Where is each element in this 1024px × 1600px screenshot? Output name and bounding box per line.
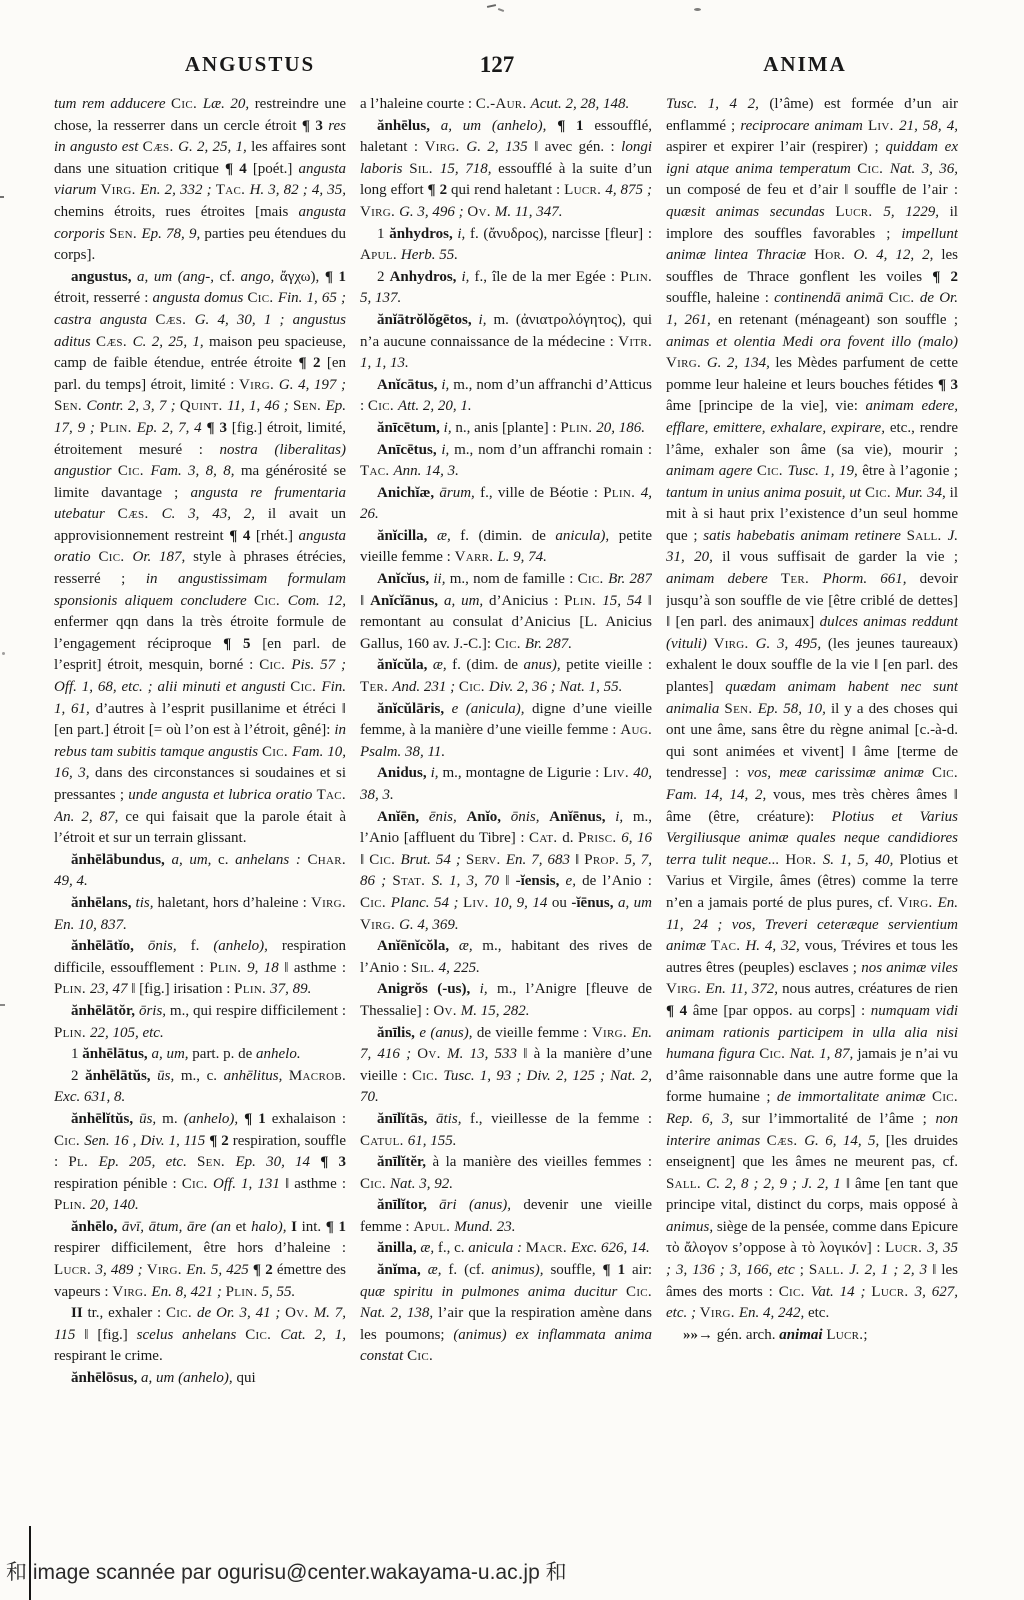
dictionary-paragraph: ănĭcŭla, æ, f. (dim. de anus), petite vi… [360,655,652,698]
dictionary-paragraph: 1 ănhēlātus, a, um, part. p. de anhelo. [54,1044,346,1066]
scan-artifact-speck [2,652,5,655]
dictionary-paragraph: Anĭcātus, i, m., nom d’un affranchi d’At… [360,375,652,418]
dictionary-paragraph: ănīlĭtās, ātis, f., vieillesse de la fem… [360,1109,652,1152]
dictionary-paragraph: Anĭēnĭcŏla, æ, m., habitant des rives de… [360,936,652,979]
header-guide-word-right: ANIMA [700,52,910,77]
page-header: ANGUSTUS 127 ANIMA [0,52,1024,86]
scan-artifact-speck [694,8,701,11]
text-columns: tum rem adducere Cic. Læ. 20, restreindr… [54,94,958,1560]
dictionary-paragraph: ănĭma, æ, f. (cf. animus), souffle, ¶ 1 … [360,1260,652,1368]
header-guide-word-left: ANGUSTUS [140,52,360,77]
scan-artifact-line [29,1526,31,1600]
dictionary-paragraph: ănhēlābundus, a, um, c. anhelans : Char.… [54,850,346,893]
dictionary-paragraph: »»→ gén. arch. animai Lucr.; [666,1325,958,1347]
scan-artifact-speck [487,4,496,8]
scan-artifact-speck [498,8,504,12]
dictionary-column-2: a l’haleine courte : C.-Aur. Acut. 2, 28… [360,94,652,1560]
dictionary-column-3: Tusc. 1, 4 2, (l’âme) est formée d’un ai… [666,94,958,1560]
dictionary-paragraph: ănīlĭtor, āri (anus), devenir une vieill… [360,1195,652,1238]
dictionary-paragraph: Anīcētus, i, m., nom d’un affranchi roma… [360,440,652,483]
dictionary-paragraph: ănilla, æ, f., c. anicula : Macr. Exc. 6… [360,1238,652,1260]
dictionary-paragraph: Anichĭæ, ārum, f., ville de Béotie : Pli… [360,483,652,526]
dictionary-paragraph: ănhēlōsus, a, um (anhelo), qui [54,1368,346,1390]
page-number: 127 [452,52,542,78]
dictionary-column-1: tum rem adducere Cic. Læ. 20, restreindr… [54,94,346,1560]
dictionary-paragraph: Anĭēn, ēnis, Anĭo, ōnis, Anĭēnus, i, m.,… [360,807,652,937]
dictionary-paragraph: Anidus, i, m., montagne de Ligurie : Liv… [360,763,652,806]
dictionary-paragraph: Anigrŏs (-us), i, m., l’Anigre [fleuve d… [360,979,652,1022]
dictionary-paragraph: ănĭcilla, æ, f. (dimin. de anicula), pet… [360,526,652,569]
dictionary-paragraph: ănīlis, e (anus), de vieille femme : Vir… [360,1023,652,1109]
dictionary-paragraph: ănhēlātŏr, ōris, m., qui respire diffici… [54,1001,346,1044]
dictionary-paragraph: Tusc. 1, 4 2, (l’âme) est formée d’un ai… [666,94,958,1325]
scan-credit-footer: 和 image scannée par ogurisu@center.wakay… [6,1556,906,1586]
dictionary-paragraph: angustus, a, um (ang-, cf. ango, ἄγχω), … [54,267,346,850]
dictionary-paragraph: ănīcētum, i, n., anis [plante] : Plin. 2… [360,418,652,440]
dictionary-paragraph: ănhēlus, a, um (anhelo), ¶ 1 essoufflé, … [360,116,652,224]
scan-artifact-speck [0,196,4,198]
dictionary-paragraph: Anĭcĭus, ii, m., nom de famille : Cic. B… [360,569,652,655]
dictionary-paragraph: a l’haleine courte : C.-Aur. Acut. 2, 28… [360,94,652,116]
dictionary-paragraph: ănhēlātĭo, ōnis, f. (anhelo), respiratio… [54,936,346,1001]
dictionary-paragraph: 2 Anhydros, i, f., île de la mer Egée : … [360,267,652,310]
dictionary-paragraph: ănhēlo, āvī, ātum, āre (an et halo), I i… [54,1217,346,1303]
scanned-dictionary-page: ANGUSTUS 127 ANIMA tum rem adducere Cic.… [0,0,1024,1600]
dictionary-paragraph: ănhēlans, tis, haletant, hors d’haleine … [54,893,346,936]
dictionary-paragraph: 2 ănhēlātŭs, ūs, m., c. anhēlitus, Macro… [54,1066,346,1109]
dictionary-paragraph: 1 ănhydros, i, f. (ἄνυδρος), narcisse [f… [360,224,652,267]
dictionary-paragraph: II tr., exhaler : Cic. de Or. 3, 41 ; Ov… [54,1303,346,1368]
dictionary-paragraph: ănhēlĭtŭs, ūs, m. (anhelo), ¶ 1 exhalais… [54,1109,346,1217]
dictionary-paragraph: ănĭcŭlāris, e (anicula), digne d’une vie… [360,699,652,764]
dictionary-paragraph: ănĭātrŏlŏgētos, i, m. (ἀνιατρολόγητος), … [360,310,652,375]
dictionary-paragraph: ănīlĭtĕr, à la manière des vieilles femm… [360,1152,652,1195]
dictionary-paragraph: tum rem adducere Cic. Læ. 20, restreindr… [54,94,346,267]
scan-artifact-speck [0,1004,5,1006]
